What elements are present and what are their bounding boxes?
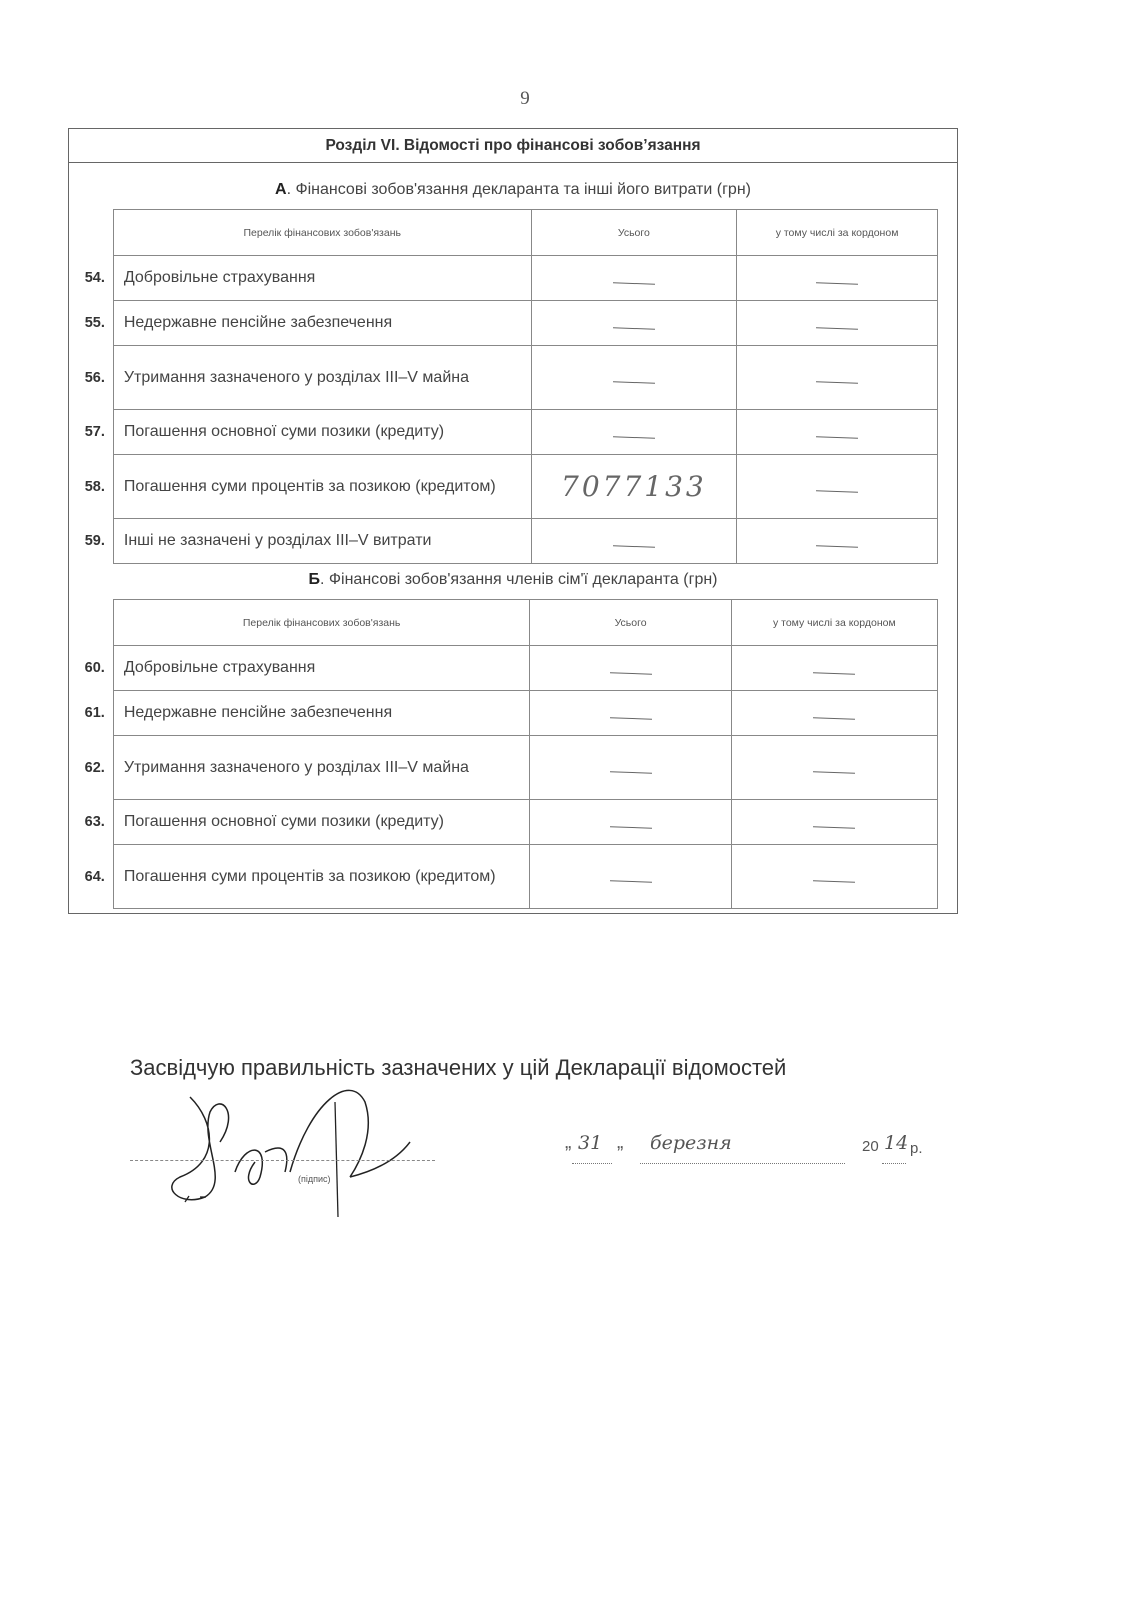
header-total: Усього [531,210,737,256]
date-day: 31 [578,1132,602,1154]
part-a-title: А. Фінансові зобов'язання декларанта та … [69,181,957,199]
row-total [531,301,737,346]
row-total [530,691,731,736]
row-total [530,800,731,845]
part-b-title: Б. Фінансові зобов'язання членів сім'ї д… [69,571,957,589]
empty-dash [816,436,858,438]
section-title: Розділ VI. Відомості про фінансові зобов… [69,129,957,163]
part-a-title-text: . Фінансові зобов'язання декларанта та і… [287,181,751,198]
empty-dash [816,282,858,284]
empty-dash [813,826,855,828]
table-row: 61.Недержавне пенсійне забезпечення [69,691,938,736]
section-vi-frame: Розділ VI. Відомості про фінансові зобов… [68,128,958,914]
empty-dash [813,717,855,719]
table-row: 64.Погашення суми процентів за позикою (… [69,845,938,909]
part-a-letter: А [275,181,287,198]
date-year-prefix: 20 [862,1138,879,1155]
empty-dash [613,381,655,383]
date-open-quote: „ [565,1132,571,1154]
row-label: Утримання зазначеного у розділах III–V м… [113,346,531,410]
header-obligations: Перелік фінансових зобов'язань [113,600,530,646]
header-num [69,210,113,256]
empty-dash [816,490,858,492]
part-b-letter: Б [308,571,320,588]
empty-dash [610,880,652,882]
row-total [531,346,737,410]
header-abroad: у тому числі за кордоном [737,210,938,256]
empty-dash [813,672,855,674]
row-number: 57. [69,410,113,455]
row-total [530,736,731,800]
row-abroad [737,410,938,455]
row-label: Недержавне пенсійне забезпечення [113,301,531,346]
signature-line [130,1160,435,1161]
row-total [531,519,737,564]
row-label: Добровільне страхування [113,646,530,691]
empty-dash [610,771,652,773]
certification-text: Засвідчую правильність зазначених у цій … [130,1055,786,1081]
row-total [531,410,737,455]
table-row: 60.Добровільне страхування [69,646,938,691]
row-number: 59. [69,519,113,564]
empty-dash [813,880,855,882]
part-a-table: Перелік фінансових зобов'язань Усього у … [69,209,938,564]
row-label: Погашення основної суми позики (кредиту) [113,410,531,455]
table-row: 59.Інші не зазначені у розділах III–V ви… [69,519,938,564]
row-label: Погашення суми процентів за позикою (кре… [113,455,531,519]
row-total [531,256,737,301]
row-label: Недержавне пенсійне забезпечення [113,691,530,736]
row-abroad [731,800,937,845]
table-row: 56.Утримання зазначеного у розділах III–… [69,346,938,410]
table-row: 58.Погашення суми процентів за позикою (… [69,455,938,519]
row-label: Інші не зазначені у розділах III–V витра… [113,519,531,564]
row-number: 61. [69,691,113,736]
row-abroad [737,301,938,346]
empty-dash [613,282,655,284]
row-abroad [737,256,938,301]
empty-dash [610,717,652,719]
row-abroad [731,691,937,736]
header-abroad: у тому числі за кордоном [731,600,937,646]
table-row: 55.Недержавне пенсійне забезпечення [69,301,938,346]
row-number: 56. [69,346,113,410]
row-label: Погашення основної суми позики (кредиту) [113,800,530,845]
date-year-suffix: 14 [884,1132,908,1154]
row-number: 64. [69,845,113,909]
page-number: 9 [0,88,1050,110]
header-total: Усього [530,600,731,646]
row-number: 62. [69,736,113,800]
row-label: Погашення суми процентів за позикою (кре… [113,845,530,909]
row-label: Добровільне страхування [113,256,531,301]
row-abroad [731,646,937,691]
date-year-unit: р. [910,1140,923,1157]
table-row: 62.Утримання зазначеного у розділах III–… [69,736,938,800]
table-header-row: Перелік фінансових зобов'язань Усього у … [69,600,938,646]
header-num [69,600,113,646]
empty-dash [613,545,655,547]
part-b-title-text: . Фінансові зобов'язання членів сім'ї де… [320,571,718,588]
date-year-line [882,1163,906,1164]
row-number: 58. [69,455,113,519]
row-total [530,646,731,691]
row-abroad [737,455,938,519]
row-abroad [737,346,938,410]
row-number: 54. [69,256,113,301]
date-month-line [640,1163,845,1164]
row-number: 60. [69,646,113,691]
table-row: 54.Добровільне страхування [69,256,938,301]
row-abroad [731,736,937,800]
signature-image [160,1082,430,1217]
row-total [530,845,731,909]
date-month: березня [650,1132,732,1154]
empty-dash [816,327,858,329]
part-b-table: Перелік фінансових зобов'язань Усього у … [69,599,938,909]
row-number: 55. [69,301,113,346]
empty-dash [813,771,855,773]
date-day-line [572,1163,612,1164]
empty-dash [816,545,858,547]
row-total: 7077133 [531,455,737,519]
date-close-quote: „ [617,1132,623,1154]
table-row: 57.Погашення основної суми позики (креди… [69,410,938,455]
empty-dash [613,436,655,438]
empty-dash [610,826,652,828]
header-obligations: Перелік фінансових зобов'язань [113,210,531,256]
empty-dash [613,327,655,329]
row-abroad [731,845,937,909]
table-header-row: Перелік фінансових зобов'язань Усього у … [69,210,938,256]
row-number: 63. [69,800,113,845]
empty-dash [610,672,652,674]
row-label: Утримання зазначеного у розділах III–V м… [113,736,530,800]
signature-label: (підпис) [298,1174,331,1184]
table-row: 63.Погашення основної суми позики (креди… [69,800,938,845]
empty-dash [816,381,858,383]
row-abroad [737,519,938,564]
